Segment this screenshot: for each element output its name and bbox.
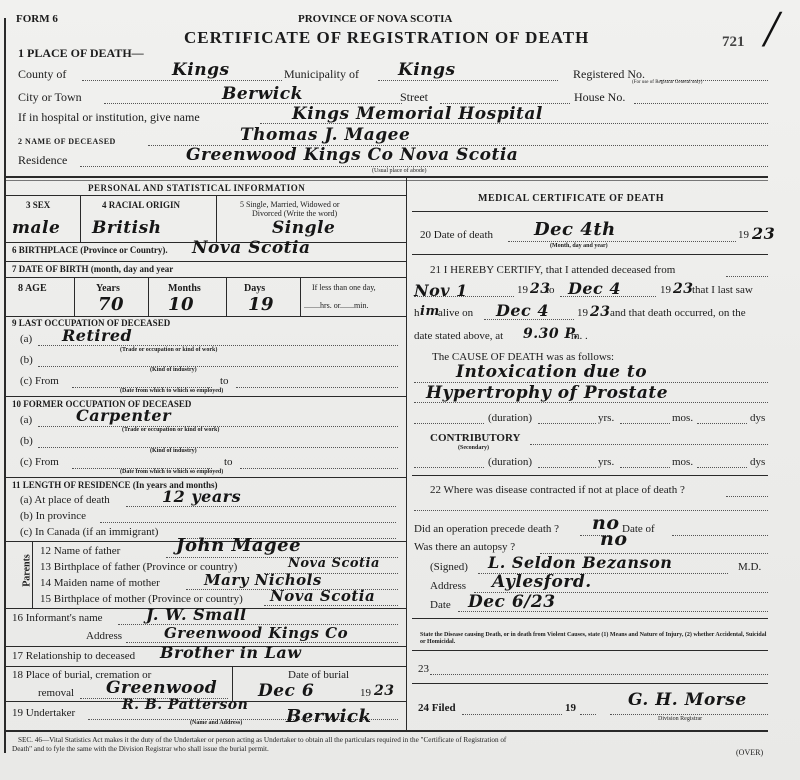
date-stated-text: date stated above, at bbox=[414, 330, 503, 342]
place-of-death-label: 1 PLACE OF DEATH— bbox=[18, 46, 144, 61]
city-value[interactable]: Berwick bbox=[222, 84, 303, 104]
father-name-label: 12 Name of father bbox=[40, 545, 120, 557]
attended-to-label: to bbox=[546, 284, 555, 296]
former-occupation-value[interactable]: Carpenter bbox=[76, 406, 171, 425]
county-value[interactable]: Kings bbox=[172, 60, 230, 80]
marital-status-value[interactable]: Single bbox=[272, 218, 335, 238]
house-no-label: House No. bbox=[574, 90, 625, 105]
at-place-of-death-label: (a) At place of death bbox=[20, 494, 110, 506]
burial-year-prefix: 19 bbox=[360, 687, 371, 699]
certificate-date-label: Date bbox=[430, 599, 451, 611]
item-23-label: 23 bbox=[418, 663, 429, 675]
undertaker-name-value[interactable]: R. B. Patterson bbox=[122, 697, 248, 713]
last-saw-text: that I last saw bbox=[692, 284, 753, 296]
dys-label-1: dys bbox=[750, 412, 765, 424]
industry-note: (Kind of industry) bbox=[150, 367, 197, 373]
personal-info-header: PERSONAL AND STATISTICAL INFORMATION bbox=[88, 183, 305, 193]
date-employed-note: (Date from which to which so employed) bbox=[120, 388, 223, 394]
informant-address-label: Address bbox=[86, 630, 122, 642]
death-occurred-text: and that death occurred, on the bbox=[610, 307, 746, 319]
municipality-label: Municipality of bbox=[284, 67, 359, 82]
marital-label-2: Divorced (Write the word) bbox=[252, 209, 337, 218]
certificate-date-value[interactable]: Dec 6/23 bbox=[468, 592, 556, 612]
relationship-label: 17 Relationship to deceased bbox=[12, 650, 135, 662]
last-occupation-value[interactable]: Retired bbox=[62, 326, 132, 345]
him-value[interactable]: im bbox=[420, 304, 440, 319]
age-years-value[interactable]: 70 bbox=[98, 294, 124, 315]
disease-contracted-label: 22 Where was disease contracted if not a… bbox=[430, 484, 685, 496]
yrs-label-2: yrs. bbox=[598, 456, 614, 468]
form-number: FORM 6 bbox=[16, 13, 58, 25]
mother-birthplace-value[interactable]: Nova Scotia bbox=[270, 587, 375, 605]
last-occupation-a-label: (a) bbox=[20, 333, 32, 345]
street-label: Street bbox=[400, 90, 428, 105]
months-label: Months bbox=[168, 283, 201, 294]
former-occupation-c-label: (c) From bbox=[20, 456, 59, 468]
certificate-title: CERTIFICATE OF REGISTRATION OF DEATH bbox=[184, 28, 589, 48]
parents-side-label: Parents bbox=[22, 546, 33, 596]
former-date-employed-note: (Date from which to which so employed) bbox=[120, 469, 223, 475]
city-label: City or Town bbox=[18, 90, 82, 105]
alive-on-value[interactable]: Dec 4 bbox=[496, 301, 549, 320]
undertaker-address-value[interactable]: Berwick bbox=[286, 706, 371, 727]
burial-place-value[interactable]: Greenwood bbox=[106, 678, 217, 698]
attended-from-value[interactable]: Nov 1 bbox=[414, 281, 468, 300]
province-heading: PROVINCE OF NOVA SCOTIA bbox=[298, 13, 452, 25]
alive-on-label: alive on bbox=[438, 307, 473, 319]
to-year-prefix: 19 bbox=[660, 284, 671, 296]
less-than-day-label: If less than one day, bbox=[312, 283, 376, 292]
father-birthplace-value[interactable]: Nova Scotia bbox=[288, 556, 380, 571]
date-of-death-year-value[interactable]: 23 bbox=[752, 224, 775, 243]
mos-label-1: mos. bbox=[672, 412, 693, 424]
burial-date-label: Date of burial bbox=[288, 669, 349, 681]
age-days-value[interactable]: 19 bbox=[248, 294, 274, 315]
duration-label-2: (duration) bbox=[488, 456, 532, 468]
cause-line-1[interactable]: Intoxication due to bbox=[456, 362, 647, 382]
sec-46-text-line-2: Death" and to fyle the same with the Div… bbox=[12, 745, 269, 753]
secondary-note: (Secondary) bbox=[458, 445, 489, 451]
undertaker-note: (Name and Address) bbox=[190, 720, 242, 726]
physician-address-value[interactable]: Aylesford. bbox=[492, 572, 592, 592]
date-of-death-label: 20 Date of death bbox=[420, 229, 493, 241]
burial-place-label-2: removal bbox=[38, 687, 74, 699]
former-occupation-b-label: (b) bbox=[20, 435, 33, 447]
age-months-value[interactable]: 10 bbox=[168, 294, 194, 315]
registrar-signature[interactable]: G. H. Morse bbox=[628, 690, 747, 710]
mother-birthplace-label: 15 Birthplace of mother (Province or cou… bbox=[40, 593, 243, 605]
stamp-number: 721 bbox=[722, 34, 745, 51]
municipality-value[interactable]: Kings bbox=[398, 60, 456, 80]
md-label: M.D. bbox=[738, 561, 761, 573]
days-label: Days bbox=[244, 283, 265, 294]
mos-label-2: mos. bbox=[672, 456, 693, 468]
birthplace-value[interactable]: Nova Scotia bbox=[192, 238, 310, 258]
residence-label: Residence bbox=[18, 153, 67, 168]
contributory-label: CONTRIBUTORY bbox=[430, 432, 520, 444]
alive-year-value[interactable]: 23 bbox=[590, 304, 610, 320]
signed-label: (Signed) bbox=[430, 561, 468, 573]
in-province-label: (b) In province bbox=[20, 510, 86, 522]
racial-origin-value[interactable]: British bbox=[92, 218, 162, 238]
sec-46-text-line-1: SEC. 46—Vital Statistics Act makes it th… bbox=[18, 736, 506, 744]
sex-value[interactable]: male bbox=[12, 218, 60, 238]
former-trade-note: (Trade or occupation or kind of work) bbox=[122, 427, 219, 433]
physician-signature[interactable]: L. Seldon Bezanson bbox=[488, 553, 672, 572]
at-place-of-death-value[interactable]: 12 years bbox=[162, 487, 241, 506]
physician-address-label: Address bbox=[430, 580, 466, 592]
filed-label: 24 Filed bbox=[418, 702, 456, 714]
certify-text: 21 I HEREBY CERTIFY, that I attended dec… bbox=[430, 264, 675, 276]
to-year-value[interactable]: 23 bbox=[673, 281, 693, 297]
autopsy-value[interactable]: no bbox=[600, 528, 628, 550]
informant-address-value[interactable]: Greenwood Kings Co bbox=[164, 624, 348, 642]
in-canada-label: (c) In Canada (if an immigrant) bbox=[20, 526, 158, 538]
left-border bbox=[4, 18, 6, 753]
medical-certificate-header: MEDICAL CERTIFICATE OF DEATH bbox=[478, 193, 664, 204]
county-label: County of bbox=[18, 67, 66, 82]
last-occupation-c-label: (c) From bbox=[20, 375, 59, 387]
informant-name-label: 16 Informant's name bbox=[12, 612, 103, 624]
date-of-death-note: (Month, day and year) bbox=[550, 243, 608, 249]
burial-date-value[interactable]: Dec 6 bbox=[258, 681, 314, 701]
father-name-value[interactable]: John Magee bbox=[176, 535, 301, 556]
racial-origin-label: 4 RACIAL ORIGIN bbox=[102, 200, 180, 210]
former-industry-note: (Kind of industry) bbox=[150, 448, 197, 454]
hospital-label: If in hospital or institution, give name bbox=[18, 110, 200, 125]
alive-year-prefix: 19 bbox=[577, 307, 588, 319]
years-label: Years bbox=[96, 283, 120, 294]
residence-value[interactable]: Greenwood Kings Co Nova Scotia bbox=[186, 145, 518, 165]
operation-label: Did an operation precede death ? bbox=[414, 523, 559, 535]
mother-name-label: 14 Maiden name of mother bbox=[40, 577, 160, 589]
relationship-value[interactable]: Brother in Law bbox=[160, 643, 302, 662]
death-certificate-page: FORM 6 PROVINCE OF NOVA SCOTIA CERTIFICA… bbox=[0, 0, 800, 780]
registrar-label: Division Registrar bbox=[658, 716, 702, 722]
informant-name-value[interactable]: J. W. Small bbox=[146, 605, 247, 624]
state-disease-note: State the Disease causing Death, or in d… bbox=[420, 632, 768, 646]
hrs-min-label: ........hrs. or.......min. bbox=[304, 301, 368, 310]
burial-year-value[interactable]: 23 bbox=[374, 683, 394, 699]
registered-no-note: (For use of Registrar General only) bbox=[632, 80, 702, 85]
date-of-death-value[interactable]: Dec 4th bbox=[534, 219, 616, 240]
yrs-label-1: yrs. bbox=[598, 412, 614, 424]
name-of-deceased-label: 2 NAME OF DECEASED bbox=[18, 137, 116, 146]
deceased-name-value[interactable]: Thomas J. Magee bbox=[240, 125, 410, 145]
hospital-value[interactable]: Kings Memorial Hospital bbox=[292, 104, 543, 124]
dys-label-2: dys bbox=[750, 456, 765, 468]
duration-label-1: (duration) bbox=[488, 412, 532, 424]
over-label: (OVER) bbox=[736, 748, 763, 757]
undertaker-label: 19 Undertaker bbox=[12, 707, 75, 719]
autopsy-label: Was there an autopsy ? bbox=[414, 541, 515, 553]
age-label: 8 AGE bbox=[18, 283, 47, 294]
date-of-death-year-prefix: 19 bbox=[738, 229, 749, 241]
filed-year-prefix: 19 bbox=[565, 702, 576, 714]
birthplace-label: 6 BIRTHPLACE (Province or Country). bbox=[12, 245, 168, 255]
him-prefix: h bbox=[414, 307, 420, 319]
last-occupation-to-label: to bbox=[220, 375, 229, 387]
date-of-birth-label: 7 DATE OF BIRTH (month, day and year bbox=[12, 264, 173, 274]
marital-label-1: 5 Single, Married, Widowed or bbox=[240, 200, 340, 209]
last-occupation-b-label: (b) bbox=[20, 354, 33, 366]
from-year-prefix: 19 bbox=[517, 284, 528, 296]
trade-note: (Trade or occupation or kind of work) bbox=[120, 347, 217, 353]
cause-line-2[interactable]: Hypertrophy of Prostate bbox=[426, 383, 668, 403]
sex-label: 3 SEX bbox=[26, 200, 50, 210]
former-occupation-a-label: (a) bbox=[20, 414, 32, 426]
residence-note: (Usual place of abode) bbox=[372, 168, 426, 174]
time-suffix: m. . bbox=[571, 330, 588, 342]
former-occupation-to-label: to bbox=[224, 456, 233, 468]
corner-pen-mark: / bbox=[764, 0, 778, 59]
